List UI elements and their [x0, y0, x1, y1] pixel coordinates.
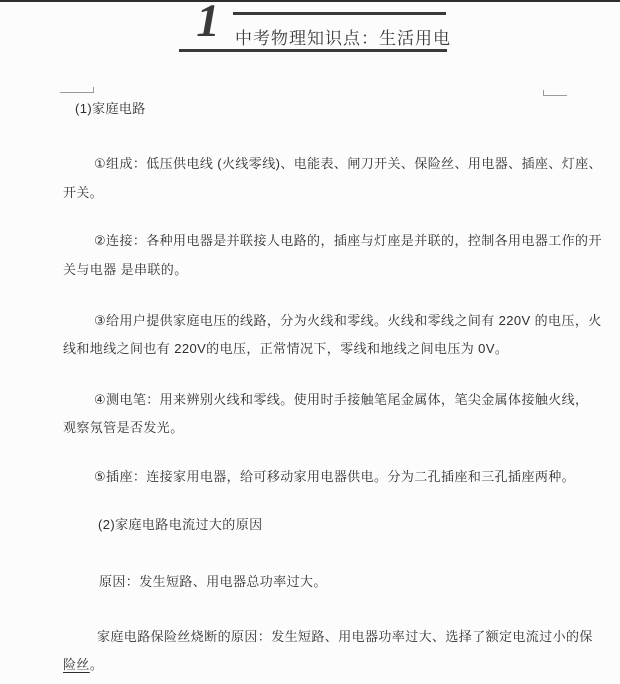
section-2-fuse-blown-line-1: 家庭电路保险丝烧断的原因：发生短路、用电器功率过大、选择了额定电流过小的保 — [97, 628, 593, 645]
header-rule-bottom — [179, 49, 447, 52]
document-page: { "page": { "background_color": "#fcfcfc… — [0, 0, 620, 684]
item-2-connection-line-2: 关与电器 是串联的。 — [63, 261, 188, 278]
section-number: 1 — [188, 0, 228, 46]
section-2-fuse-blown-line-2: 险丝。 — [63, 656, 103, 673]
text-boundary-mark-left — [60, 87, 94, 93]
item-4-test-pencil-line-1: ④测电笔：用来辨别火线和零线。使用时手接触笔尾金属体，笔尖金属体接触火线， — [94, 391, 588, 408]
section-1-heading-line-1: (1)家庭电路 — [75, 100, 146, 117]
header-rule-top — [233, 12, 446, 15]
section-2-reason-line-1: 原因：发生短路、用电器总功率过大。 — [99, 573, 327, 590]
text-boundary-mark-right — [543, 90, 567, 96]
page-top-border — [0, 0, 620, 2]
item-3-voltage-line-2: 线和地线之间也有 220V的电压，正常情况下，零线和地线之间电压为 0V。 — [63, 340, 508, 357]
item-4-test-pencil-line-2: 观察氖管是否发光。 — [63, 419, 184, 436]
item-1-composition-line-1: ①组成：低压供电线 (火线零线)、电能表、闸刀开关、保险丝、用电器、插座、灯座、 — [94, 155, 602, 172]
section-2-heading-line-1: (2)家庭电路电流过大的原因 — [98, 516, 263, 533]
page-title: 中考物理知识点：生活用电 — [235, 24, 451, 49]
item-5-socket-line-1: ⑤插座：连接家用电器，给可移动家用电器供电。分为二孔插座和三孔插座两种。 — [94, 468, 575, 485]
item-2-connection-line-1: ②连接：各种用电器是并联接人电路的，插座与灯座是并联的，控制各用电器工作的开 — [94, 232, 602, 249]
section-2-fuse-blown-underlined-text: 险丝 — [63, 657, 90, 672]
item-1-composition-line-2: 开关。 — [63, 184, 103, 201]
item-3-voltage-line-1: ③给用户提供家庭电压的线路，分为火线和零线。火线和零线之间有 220V 的电压，… — [94, 312, 602, 329]
